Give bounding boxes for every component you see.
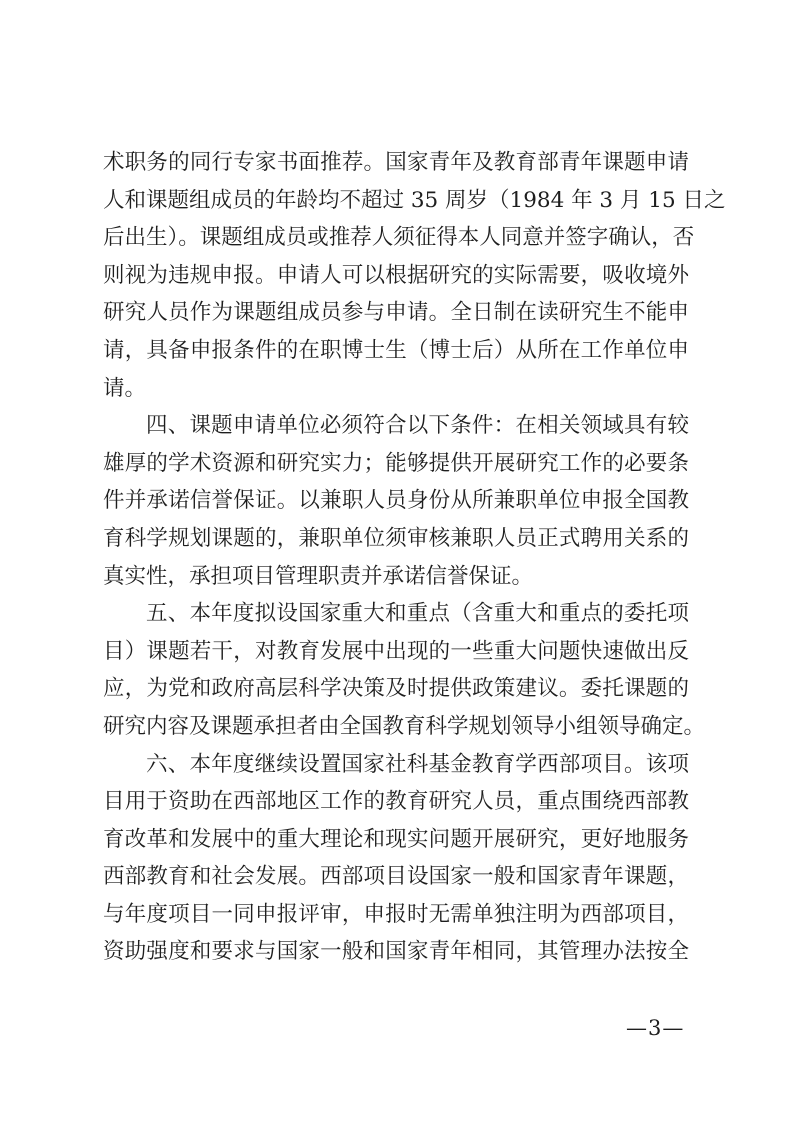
- document-line: 则视为违规申报。申请人可以根据研究的实际需要，吸收境外: [103, 257, 689, 295]
- document-line: 请。: [103, 370, 689, 408]
- document-line: 应，为党和政府高层科学决策及时提供政策建议。委托课题的: [103, 670, 689, 708]
- document-line: 件并承诺信誉保证。以兼职人员身份从所兼职单位申报全国教: [103, 482, 689, 520]
- document-line: 研究人员作为课题组成员参与申请。全日制在读研究生不能申: [103, 294, 689, 332]
- document-line: 请，具备申报条件的在职博士生（博士后）从所在工作单位申: [103, 332, 689, 370]
- document-line: 与年度项目一同申报评审，申报时无需单独注明为西部项目，: [103, 896, 689, 934]
- document-line: 人和课题组成员的年龄均不超过 35 周岁（1984 年 3 月 15 日之: [103, 182, 689, 220]
- document-line: 育科学规划课题的，兼职单位须审核兼职人员正式聘用关系的: [103, 520, 689, 558]
- document-body: 术职务的同行专家书面推荐。国家青年及教育部青年课题申请 人和课题组成员的年龄均不…: [103, 144, 689, 971]
- document-line: 真实性，承担项目管理职责并承诺信誉保证。: [103, 558, 689, 596]
- document-line: 资助强度和要求与国家一般和国家青年相同，其管理办法按全: [103, 933, 689, 971]
- document-line: 目用于资助在西部地区工作的教育研究人员，重点围绕西部教: [103, 783, 689, 821]
- document-line: 六、本年度继续设置国家社科基金教育学西部项目。该项: [103, 746, 689, 784]
- document-line: 后出生）。课题组成员或推荐人须征得本人同意并签字确认，否: [103, 219, 689, 257]
- document-line: 西部教育和社会发展。西部项目设国家一般和国家青年课题，: [103, 858, 689, 896]
- document-line: 五、本年度拟设国家重大和重点（含重大和重点的委托项: [103, 595, 689, 633]
- page-number: —3—: [626, 1013, 684, 1043]
- document-line: 术职务的同行专家书面推荐。国家青年及教育部青年课题申请: [103, 144, 689, 182]
- document-line: 研究内容及课题承担者由全国教育科学规划领导小组领导确定。: [103, 708, 689, 746]
- document-line: 目）课题若干，对教育发展中出现的一些重大问题快速做出反: [103, 633, 689, 671]
- document-line: 育改革和发展中的重大理论和现实问题开展研究，更好地服务: [103, 821, 689, 859]
- document-line: 雄厚的学术资源和研究实力；能够提供开展研究工作的必要条: [103, 445, 689, 483]
- document-page: 术职务的同行专家书面推荐。国家青年及教育部青年课题申请 人和课题组成员的年龄均不…: [0, 0, 793, 1122]
- document-line: 四、课题申请单位必须符合以下条件：在相关领域具有较: [103, 407, 689, 445]
